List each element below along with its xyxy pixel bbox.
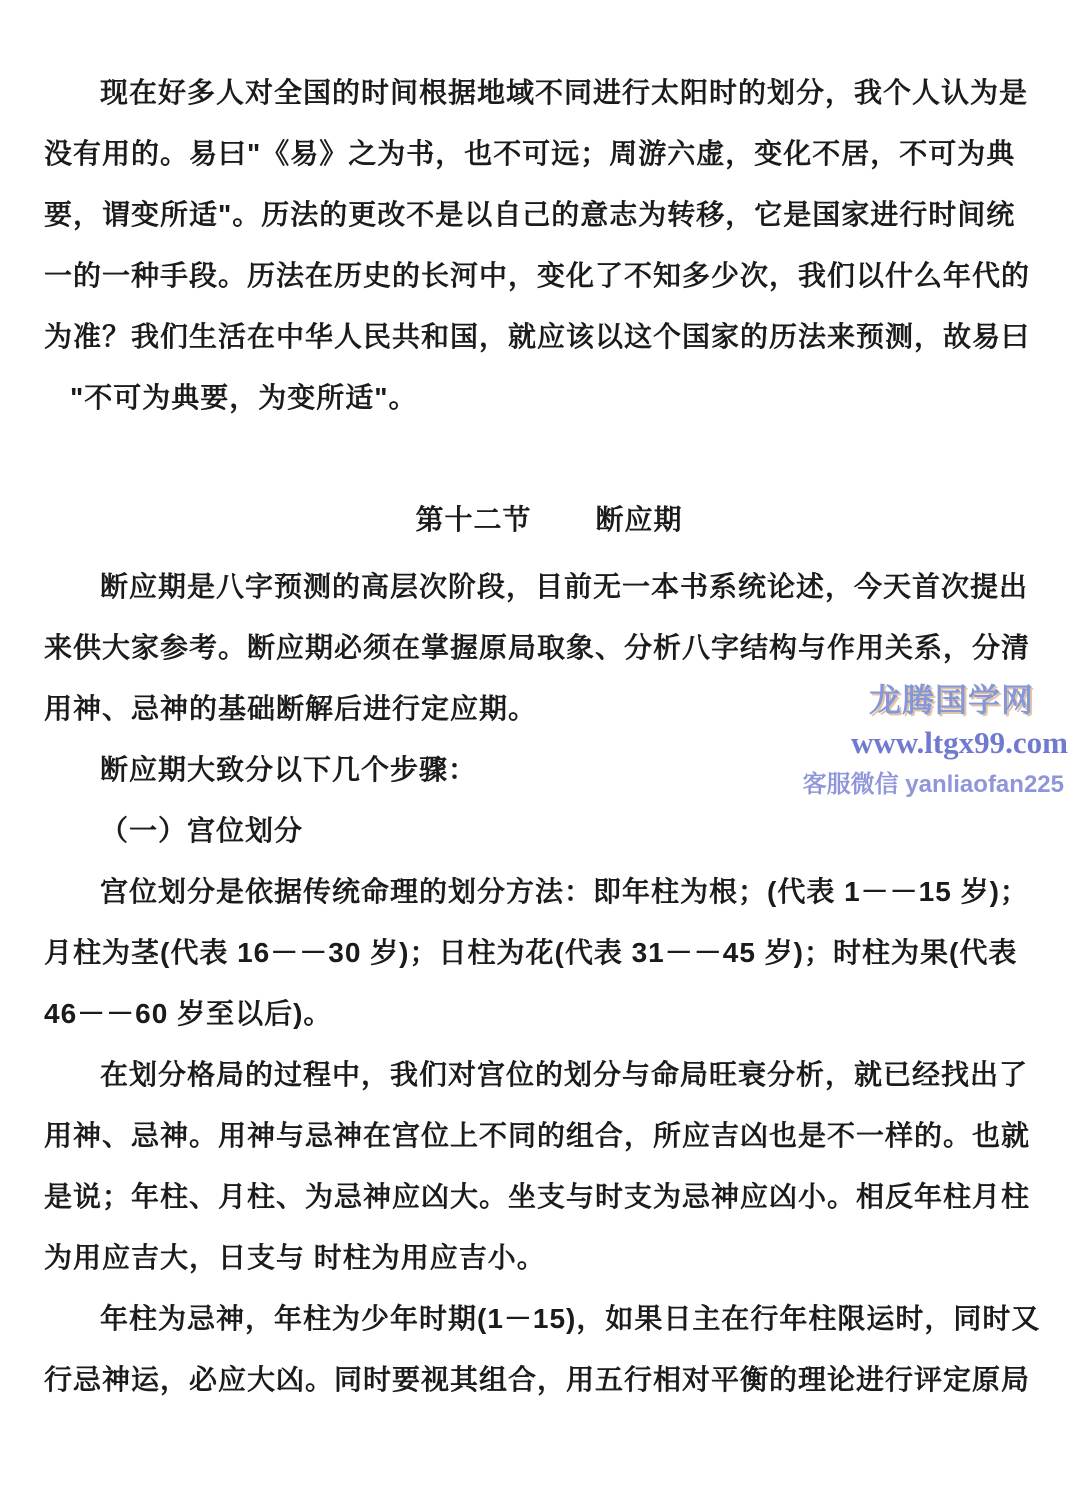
text-line: 一的一种手段。历法在历史的长河中，变化了不知多少次，我们以什么年代的	[44, 245, 1004, 306]
document-body: 现在好多人对全国的时间根据地域不同进行太阳时的划分，我个人认为是没有用的。易曰"…	[44, 62, 1004, 1410]
text-line: 断应期大致分以下几个步骤：	[44, 739, 1004, 800]
text-line: 要，谓变所适"。历法的更改不是以自己的意志为转移，它是国家进行时间统	[44, 184, 1004, 245]
text-line: 现在好多人对全国的时间根据地域不同进行太阳时的划分，我个人认为是	[44, 62, 1004, 123]
section-heading: 第十二节断应期	[44, 489, 1004, 550]
text-line: 没有用的。易曰"《易》之为书，也不可远；周游六虚，变化不居，不可为典	[44, 123, 1004, 184]
text-line: 行忌神运，必应大凶。同时要视其组合，用五行相对平衡的理论进行评定原局	[44, 1349, 1004, 1410]
text-line: （一）宫位划分	[44, 800, 1004, 861]
text-line: 用神、忌神的基础断解后进行定应期。	[44, 678, 1004, 739]
text-line: 断应期是八字预测的高层次阶段，目前无一本书系统论述，今天首次提出	[44, 556, 1004, 617]
text-line: 用神、忌神。用神与忌神在宫位上不同的组合，所应吉凶也是不一样的。也就	[44, 1105, 1004, 1166]
text-line: 为准？我们生活在中华人民共和国，就应该以这个国家的历法来预测，故易曰	[44, 306, 1004, 367]
section-number: 第十二节	[415, 489, 531, 550]
text-line: 来供大家参考。断应期必须在掌握原局取象、分析八字结构与作用关系，分清	[44, 617, 1004, 678]
text-line: "不可为典要，为变所适"。	[44, 367, 1004, 428]
text-line: 为用应吉大，日支与 时柱为用应吉小。	[44, 1227, 1004, 1288]
document-page: 现在好多人对全国的时间根据地域不同进行太阳时的划分，我个人认为是没有用的。易曰"…	[0, 0, 1080, 1490]
text-line: 年柱为忌神，年柱为少年时期(1－15)，如果日主在行年柱限运时，同时又	[44, 1288, 1004, 1349]
section-title: 断应期	[596, 489, 683, 550]
text-line: 是说；年柱、月柱、为忌神应凶大。坐支与时支为忌神应凶小。相反年柱月柱	[44, 1166, 1004, 1227]
text-line: 月柱为茎(代表 16－－30 岁)；日柱为花(代表 31－－45 岁)；时柱为果…	[44, 922, 1004, 983]
text-line: 宫位划分是依据传统命理的划分方法：即年柱为根；(代表 1－－15 岁)；	[44, 861, 1004, 922]
text-line: 46－－60 岁至以后)。	[44, 983, 1004, 1044]
text-line: 在划分格局的过程中，我们对宫位的划分与命局旺衰分析，就已经找出了	[44, 1044, 1004, 1105]
